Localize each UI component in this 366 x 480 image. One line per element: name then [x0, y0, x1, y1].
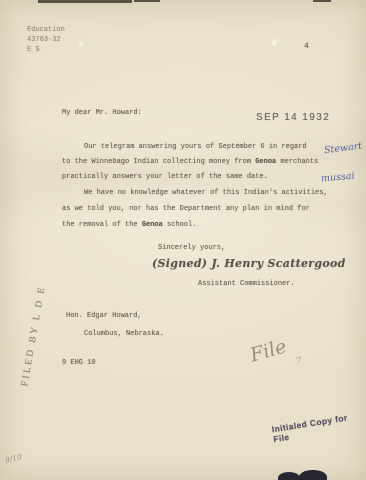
scan-artifact-top-right: [313, 0, 331, 2]
copy-stamp: Initialed Copy for File: [271, 410, 366, 444]
body-text: the removal of the: [62, 221, 142, 229]
scan-artifact-blob: [278, 472, 300, 480]
letter-body-line: as we told you, nor has the Department a…: [62, 204, 310, 214]
file-classification-line3: E S: [27, 45, 40, 55]
letter-document: Education 43763-32 E S 4 My dear Mr. How…: [0, 0, 366, 480]
scan-artifact-top-mid: [134, 0, 160, 2]
closing: Sincerely yours,: [158, 243, 225, 253]
paper-speck: [79, 41, 83, 47]
page-number: 4: [304, 42, 309, 52]
letter-body-line: We have no knowledge whatever of this In…: [84, 188, 328, 198]
scan-artifact-top-left: [38, 0, 132, 3]
genoa-word: Genoa: [142, 221, 163, 229]
genoa-word: Genoa: [255, 158, 276, 166]
recipient-name: Hon. Edgar Howard,: [66, 311, 142, 321]
file-classification-line2: 43763-32: [27, 35, 61, 45]
pencil-mark: 7: [295, 357, 302, 368]
letter-body-line: the removal of the Genoa school.: [62, 220, 196, 230]
body-text: to the Winnebago Indian collecting money…: [62, 158, 255, 166]
scan-artifact-blob: [299, 470, 327, 480]
letter-body-line: practically answers your letter of the s…: [62, 172, 268, 182]
handwriting-stewart: Stewart: [323, 141, 362, 157]
signature: (Signed) J. Henry Scattergood: [152, 257, 346, 270]
file-classification-line1: Education: [27, 25, 65, 35]
salutation: My dear Mr. Howard:: [62, 108, 142, 118]
typist-code: 9 EHG 10: [62, 358, 96, 368]
recipient-address: Columbus, Nebraska.: [84, 329, 164, 339]
filed-stamp: FILED BY L D E: [19, 280, 48, 392]
handwriting-second: mussai: [321, 171, 355, 185]
body-text: merchants: [276, 158, 318, 166]
pencil-fraction: 9/10: [4, 452, 23, 465]
pencil-file-annotation: File: [248, 335, 289, 366]
signature-title: Assistant Commissioner.: [198, 279, 295, 289]
letter-body-line: to the Winnebago Indian collecting money…: [62, 157, 318, 167]
paper-speck: [272, 39, 277, 46]
body-text: school.: [163, 221, 197, 229]
received-date-stamp: SEP 14 1932: [256, 112, 330, 123]
letter-body-line: Our telegram answering yours of Septembe…: [84, 142, 307, 152]
